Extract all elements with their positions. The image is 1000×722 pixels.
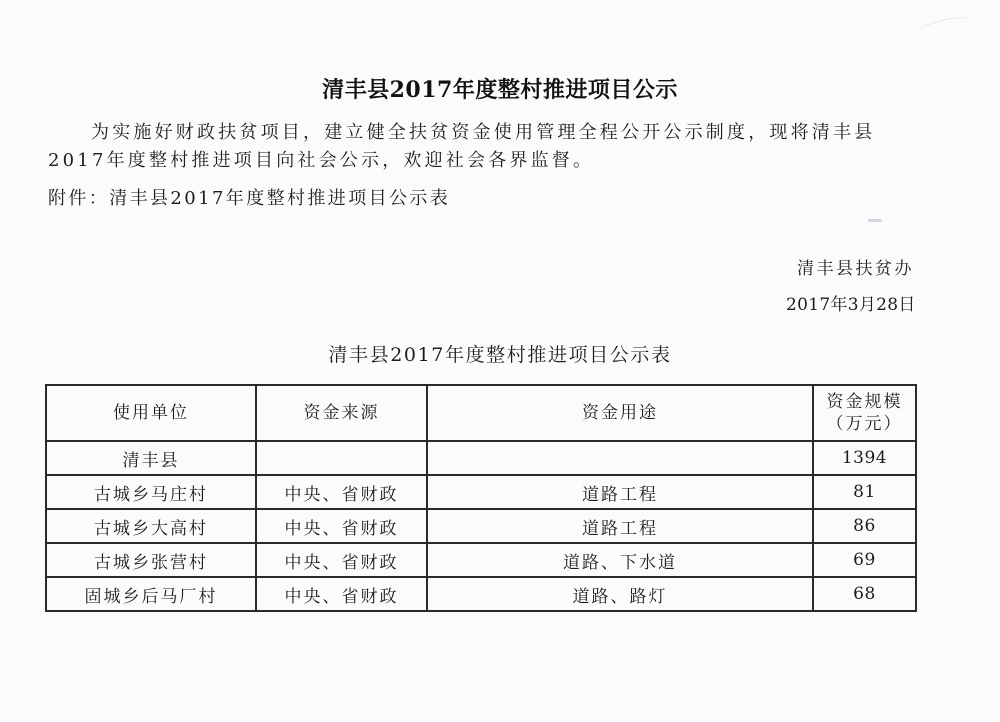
- cell-purpose: [427, 441, 813, 475]
- table-row: 古城乡张营村 中央、省财政 道路、下水道 69: [46, 543, 916, 577]
- cell-source: [256, 441, 427, 475]
- header-unit: 使用单位: [46, 385, 256, 441]
- project-notice-table: 使用单位 资金来源 资金用途 资金规模（万元） 清丰县 1394 古城乡马庄村 …: [45, 384, 917, 612]
- issue-date: 2017年3月28日: [786, 290, 916, 315]
- table-row: 清丰县 1394: [46, 441, 916, 475]
- issuer-signature: 清丰县扶贫办: [797, 254, 914, 279]
- cell-unit: 清丰县: [46, 441, 256, 475]
- table-row: 固城乡后马厂村 中央、省财政 道路、路灯 68: [46, 577, 916, 611]
- header-source: 资金来源: [256, 385, 427, 441]
- cell-unit: 固城乡后马厂村: [46, 577, 256, 611]
- cell-amount: 81: [813, 475, 916, 509]
- cell-unit: 古城乡大高村: [46, 509, 256, 543]
- header-scale-unit: （万元）: [827, 414, 903, 434]
- cell-amount: 86: [813, 509, 916, 543]
- cell-source: 中央、省财政: [256, 509, 427, 543]
- scan-artifact: [868, 219, 882, 222]
- cell-unit: 古城乡张营村: [46, 543, 256, 577]
- table-title: 清丰县2017年度整村推进项目公示表: [0, 340, 1000, 367]
- cell-source: 中央、省财政: [256, 543, 427, 577]
- cell-amount: 68: [813, 577, 916, 611]
- scan-artifact: [914, 14, 971, 40]
- header-scale-label: 资金规模: [827, 392, 903, 412]
- table-header-row: 使用单位 资金来源 资金用途 资金规模（万元）: [46, 385, 916, 441]
- cell-amount: 1394: [813, 441, 916, 475]
- cell-amount: 69: [813, 543, 916, 577]
- cell-purpose: 道路工程: [427, 475, 813, 509]
- cell-purpose: 道路、下水道: [427, 543, 813, 577]
- cell-source: 中央、省财政: [256, 577, 427, 611]
- header-scale: 资金规模（万元）: [813, 385, 916, 441]
- attachment-note: 附件：清丰县2017年度整村推进项目公示表: [48, 184, 450, 210]
- cell-purpose: 道路、路灯: [427, 577, 813, 611]
- intro-paragraph-line-2: 2017年度整村推进项目向社会公示，欢迎社会各界监督。: [48, 146, 594, 172]
- page-title: 清丰县2017年度整村推进项目公示: [0, 73, 1000, 104]
- table-row: 古城乡大高村 中央、省财政 道路工程 86: [46, 509, 916, 543]
- header-purpose: 资金用途: [427, 385, 813, 441]
- cell-unit: 古城乡马庄村: [46, 475, 256, 509]
- cell-purpose: 道路工程: [427, 509, 813, 543]
- cell-source: 中央、省财政: [256, 475, 427, 509]
- table-row: 古城乡马庄村 中央、省财政 道路工程 81: [46, 475, 916, 509]
- intro-paragraph-line-1: 为实施好财政扶贫项目，建立健全扶贫资金使用管理全程公开公示制度，现将清丰县: [91, 118, 875, 144]
